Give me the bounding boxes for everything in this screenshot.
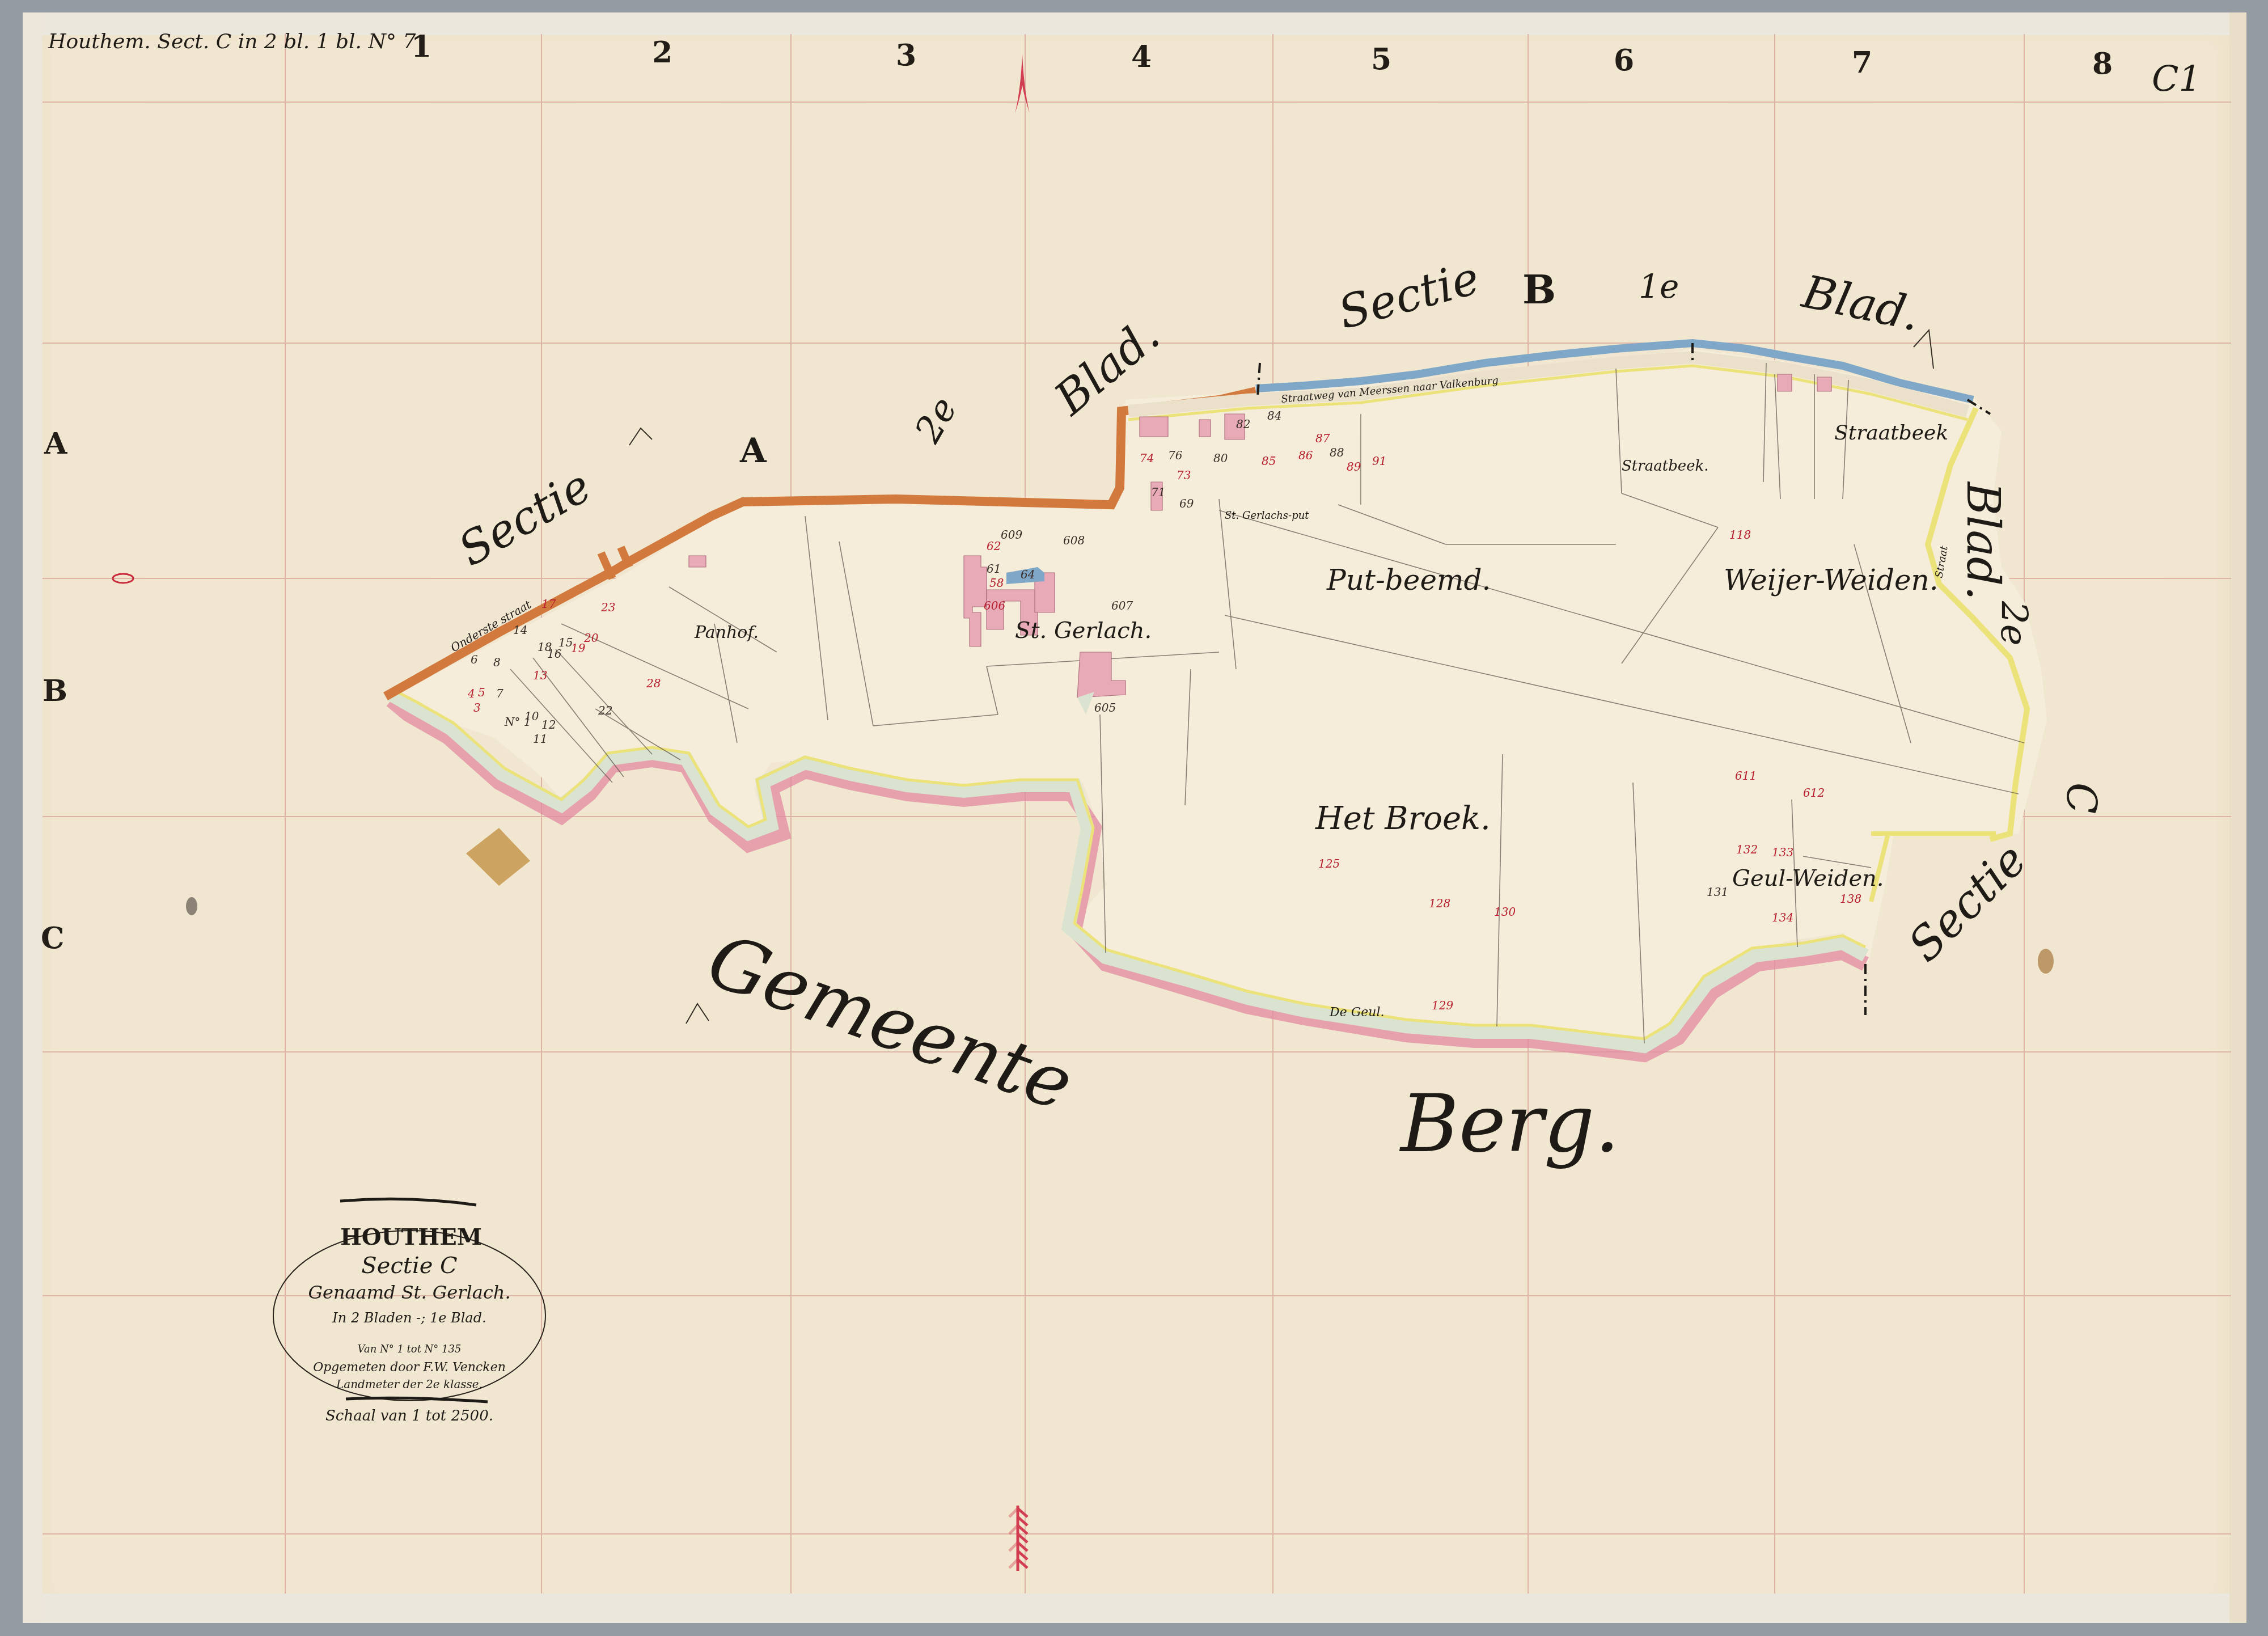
sheet-code: C1 (2152, 58, 2201, 99)
svg-text:17: 17 (541, 597, 556, 611)
svg-text:20: 20 (583, 631, 599, 645)
cartouche: HOUTHEM Sectie C Genaamd St. Gerlach. In… (273, 1199, 545, 1424)
svg-text:606: 606 (984, 599, 1005, 612)
svg-text:86: 86 (1298, 449, 1313, 462)
svg-text:5: 5 (478, 686, 485, 699)
svg-text:8: 8 (493, 656, 501, 669)
svg-text:28: 28 (646, 677, 661, 690)
ink-stain (2038, 949, 2054, 974)
grid-row-a: A (44, 426, 67, 461)
svg-text:609: 609 (1001, 528, 1022, 542)
svg-text:14: 14 (513, 623, 527, 637)
svg-text:22: 22 (598, 704, 612, 717)
svg-text:74: 74 (1140, 451, 1154, 465)
grid-col-1: 1 (411, 29, 431, 64)
grid-col-2: 2 (652, 35, 672, 70)
label-weijer-weiden: Weijer-Weiden. (1724, 564, 1939, 597)
svg-text:128: 128 (1429, 897, 1450, 910)
svg-text:Blad.: Blad. (1797, 265, 1924, 341)
svg-text:Berg.: Berg. (1399, 1078, 1620, 1170)
cartouche-sheets: In 2 Bladen -; 1e Blad. (332, 1310, 486, 1326)
grid-column-labels: 1 2 3 4 5 6 7 8 (411, 29, 2113, 81)
svg-text:2e: 2e (907, 390, 966, 450)
svg-text:82: 82 (1236, 417, 1250, 431)
svg-text:64: 64 (1021, 568, 1035, 581)
svg-text:73: 73 (1177, 468, 1191, 482)
svg-text:12: 12 (541, 718, 556, 732)
svg-text:Blad.: Blad. (1957, 481, 2009, 601)
svg-text:611: 611 (1735, 769, 1757, 783)
ink-stain (186, 897, 197, 915)
svg-text:118: 118 (1729, 528, 1751, 542)
svg-text:18: 18 (538, 640, 552, 654)
label-geul-weiden: Geul-Weiden. (1732, 865, 1884, 891)
cartouche-surveyor-title: Landmeter der 2e klasse. (336, 1377, 483, 1391)
label-straatbeek-1: Straatbeek. (1622, 458, 1709, 475)
svg-text:61: 61 (987, 562, 1001, 576)
label-het-broek: Het Broek. (1315, 800, 1491, 837)
svg-text:130: 130 (1494, 905, 1516, 919)
svg-text:131: 131 (1707, 885, 1728, 899)
label-panhof: Panhof. (694, 623, 759, 642)
cartouche-section: Sectie C (361, 1253, 457, 1279)
svg-text:19: 19 (571, 641, 586, 655)
svg-text:13: 13 (533, 669, 547, 682)
svg-text:A: A (739, 431, 767, 471)
svg-text:10: 10 (524, 709, 539, 723)
grid-col-3: 3 (896, 38, 916, 73)
svg-text:B: B (1522, 266, 1556, 313)
gold-diamond-marker (466, 828, 530, 886)
svg-text:607: 607 (1111, 599, 1133, 612)
svg-text:84: 84 (1267, 409, 1281, 422)
svg-text:58: 58 (989, 576, 1004, 590)
label-straatbeek-2: Straatbeek (1834, 421, 1948, 445)
svg-text:76: 76 (1168, 449, 1183, 462)
north-arrow-icon (1015, 54, 1030, 113)
svg-text:125: 125 (1318, 857, 1340, 870)
cadastral-map: Houthem. Sect. C in 2 bl. 1 bl. N° 7 C1 … (0, 0, 2268, 1636)
grid-col-8: 8 (2092, 46, 2113, 81)
svg-text:71: 71 (1151, 485, 1165, 499)
svg-text:11: 11 (533, 732, 547, 746)
svg-text:Sectie: Sectie (1898, 833, 2037, 971)
label-st-gerlachs-put: St. Gerlachs-put (1225, 510, 1309, 522)
svg-text:Gemeente: Gemeente (697, 916, 1084, 1127)
svg-text:3: 3 (473, 701, 481, 715)
svg-text:612: 612 (1803, 786, 1825, 800)
cartouche-surveyor: Opgemeten door F.W. Vencken (313, 1360, 506, 1375)
svg-text:134: 134 (1772, 911, 1793, 924)
svg-text:69: 69 (1179, 497, 1194, 510)
svg-text:87: 87 (1315, 432, 1330, 445)
svg-text:138: 138 (1840, 892, 1861, 906)
grid-col-5: 5 (1371, 42, 1391, 77)
svg-text:4: 4 (467, 687, 475, 700)
svg-text:133: 133 (1772, 846, 1793, 859)
grid-row-labels: A B C (41, 426, 67, 956)
svg-text:6: 6 (471, 653, 478, 666)
grid-col-6: 6 (1614, 43, 1634, 78)
svg-text:85: 85 (1262, 454, 1276, 468)
label-put-beemd: Put-beemd. (1326, 564, 1491, 597)
cartouche-municipality: HOUTHEM (340, 1224, 482, 1250)
svg-text:Sectie: Sectie (1333, 251, 1485, 339)
svg-text:91: 91 (1372, 454, 1386, 468)
cartouche-parcel-range: Van N° 1 tot N° 135 (358, 1343, 462, 1355)
section-b-label: Sectie B 1e Blad. (1333, 251, 1925, 341)
svg-text:62: 62 (987, 539, 1001, 553)
svg-text:7: 7 (496, 687, 503, 700)
grid-row-c: C (41, 921, 64, 956)
svg-text:80: 80 (1213, 451, 1228, 465)
svg-text:Sectie: Sectie (450, 459, 600, 577)
grid-row-b: B (43, 674, 67, 708)
grid-col-7: 7 (1852, 45, 1872, 80)
svg-text:1e: 1e (1639, 267, 1679, 306)
svg-text:605: 605 (1094, 701, 1116, 715)
cartouche-scale: Schaal van 1 tot 2500. (325, 1407, 493, 1424)
label-st-gerlach: St. Gerlach. (1015, 618, 1152, 644)
svg-text:2e: 2e (1992, 601, 2034, 646)
label-de-geul: De Geul. (1329, 1005, 1384, 1020)
svg-text:C: C (2057, 783, 2105, 814)
cartouche-name: Genaamd St. Gerlach. (308, 1282, 510, 1303)
svg-text:132: 132 (1736, 843, 1758, 856)
svg-text:608: 608 (1063, 534, 1085, 547)
svg-text:129: 129 (1432, 999, 1453, 1012)
sheet-reference: Houthem. Sect. C in 2 bl. 1 bl. N° 7 (48, 30, 416, 53)
svg-text:88: 88 (1330, 446, 1344, 459)
svg-text:89: 89 (1347, 460, 1361, 474)
svg-text:23: 23 (600, 601, 615, 614)
grid-col-4: 4 (1131, 40, 1152, 74)
